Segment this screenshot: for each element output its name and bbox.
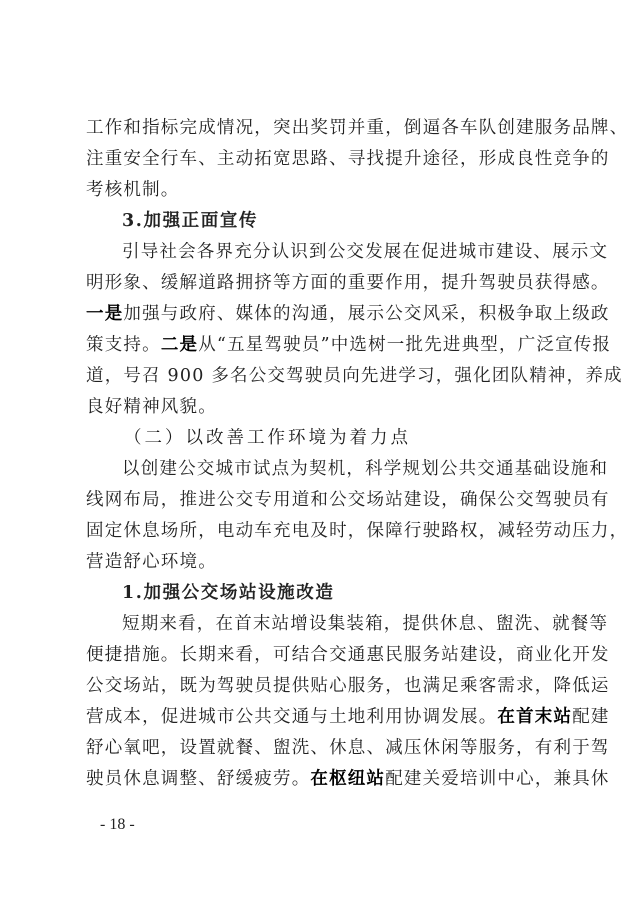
subsection-heading-1: 1.加强公交场站设施改造 bbox=[86, 578, 560, 609]
text-line: 策支持。二是从“五星驾驶员”中选树一批先进典型，广泛宣传报 bbox=[86, 330, 560, 361]
text-line: 以创建公交城市试点为契机，科学规划公共交通基础设施和 bbox=[86, 454, 560, 485]
text-line: 固定休息场所，电动车充电及时，保障行驶路权，减轻劳动压力， bbox=[86, 516, 560, 547]
text-line: 公交场站，既为驾驶员提供贴心服务，也满足乘客需求，降低运 bbox=[86, 671, 560, 702]
text-line: 线网布局，推进公交专用道和公交场站建设，确保公交驾驶员有 bbox=[86, 485, 560, 516]
emphasis-second: 二是 bbox=[161, 335, 198, 355]
text-line: 驶员休息调整、舒缓疲劳。在枢纽站配建关爱培训中心，兼具休 bbox=[86, 764, 560, 795]
emphasis-hub-station: 在枢纽站 bbox=[310, 769, 385, 789]
page-number: - 18 - bbox=[100, 816, 135, 834]
text-line: 引导社会各界充分认识到公交发展在促进城市建设、展示文 bbox=[86, 237, 560, 268]
text-line: 营成本，促进城市公共交通与土地利用协调发展。在首末站配建 bbox=[86, 702, 560, 733]
text-line: 注重安全行车、主动拓宽思路、寻找提升途径，形成良性竞争的 bbox=[86, 144, 560, 175]
text-line: 便捷措施。长期来看，可结合交通惠民服务站建设，商业化开发 bbox=[86, 640, 560, 671]
text-line: 明形象、缓解道路拥挤等方面的重要作用，提升驾驶员获得感。 bbox=[86, 268, 560, 299]
text-line: 营造舒心环境。 bbox=[86, 547, 560, 578]
text-line: 良好精神风貌。 bbox=[86, 392, 560, 423]
emphasis-first: 一是 bbox=[86, 304, 123, 324]
text-line: 道，号召 900 多名公交驾驶员向先进学习，强化团队精神，养成 bbox=[86, 361, 560, 392]
text-line: 一是加强与政府、媒体的沟通，展示公交风采，积极争取上级政 bbox=[86, 299, 560, 330]
body-text: 工作和指标完成情况，突出奖罚并重，倒逼各车队创建服务品牌、 注重安全行车、主动拓… bbox=[86, 113, 560, 795]
text-line: 工作和指标完成情况，突出奖罚并重，倒逼各车队创建服务品牌、 bbox=[86, 113, 560, 144]
text-line: 短期来看，在首末站增设集装箱，提供休息、盥洗、就餐等 bbox=[86, 609, 560, 640]
document-page: 工作和指标完成情况，突出奖罚并重，倒逼各车队创建服务品牌、 注重安全行车、主动拓… bbox=[0, 0, 636, 900]
emphasis-terminal-station: 在首末站 bbox=[497, 707, 572, 727]
text-line: 舒心氧吧，设置就餐、盥洗、休息、减压休闲等服务，有利于驾 bbox=[86, 733, 560, 764]
text-line: 考核机制。 bbox=[86, 175, 560, 206]
section-heading-2: （二）以改善工作环境为着力点 bbox=[86, 423, 560, 454]
subsection-heading-3: 3.加强正面宣传 bbox=[86, 206, 560, 237]
